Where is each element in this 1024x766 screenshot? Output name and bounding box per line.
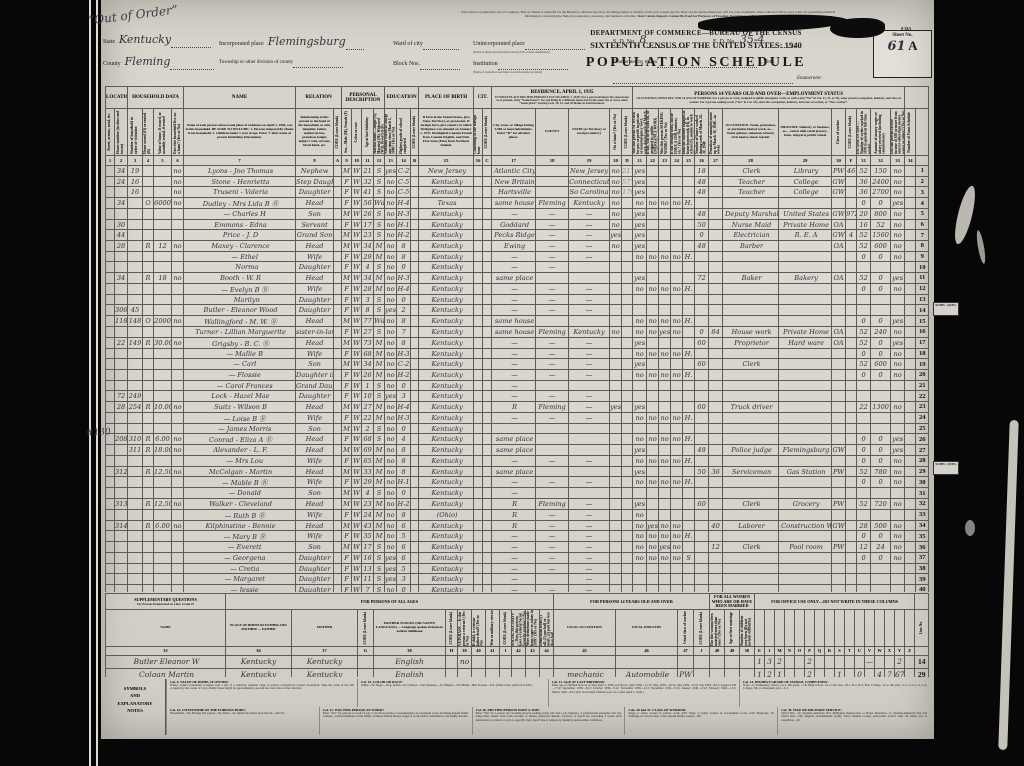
- cell-cb: [411, 348, 419, 359]
- cell-a: [115, 509, 128, 520]
- cell-q22: no: [647, 434, 659, 445]
- column-label-mother: MOTHER: [292, 609, 358, 646]
- cell-cf: [846, 327, 857, 338]
- cell-rcity: —: [492, 488, 536, 499]
- cell-mar: S: [374, 542, 385, 553]
- cell-age: 68: [362, 434, 374, 445]
- group-header: HOUSEHOLD DATA: [128, 87, 184, 109]
- cell-cit: [474, 219, 483, 230]
- cell-cb: [411, 531, 419, 542]
- cell-v41: [486, 655, 500, 668]
- cell-sch: yes: [385, 305, 397, 316]
- cell-rfarm: no: [610, 176, 622, 187]
- column-label-o12: [865, 609, 875, 646]
- cell-q23: [659, 273, 671, 284]
- cell-rstate: —: [569, 509, 610, 520]
- cell-cf: [846, 316, 857, 327]
- cell-q23: [659, 466, 671, 477]
- cell-q23: no: [659, 553, 671, 564]
- cell-cit: [474, 327, 483, 338]
- cell-st: [106, 466, 115, 477]
- cell-mar: M: [374, 456, 385, 467]
- column-label-sline: Line No.: [915, 609, 929, 646]
- column-label-o9: [835, 609, 845, 646]
- cell-line: 37: [916, 553, 929, 564]
- cell-ind: [779, 585, 832, 592]
- cell-farm: [172, 574, 184, 585]
- cell-o13: [875, 655, 885, 668]
- cell-birth: Kentucky: [419, 316, 474, 327]
- cell-q21: no: [633, 542, 647, 553]
- cell-cc: [483, 434, 492, 445]
- cell-sline: 29: [915, 668, 929, 677]
- block-label: Block Nos.: [393, 61, 420, 67]
- cell-wks: [857, 574, 871, 585]
- cell-farm: no: [172, 241, 184, 252]
- ed-value: 35-4: [740, 33, 765, 46]
- cell-oth: yes: [891, 273, 905, 284]
- cell-cc: [483, 327, 492, 338]
- column-number-o15: Y: [895, 646, 905, 655]
- cell-rcounty: —: [536, 305, 569, 316]
- cell-q24: [671, 209, 683, 220]
- cell-st: [106, 499, 115, 510]
- cell-mar: M: [374, 283, 385, 294]
- cell-ten: R: [143, 466, 154, 477]
- cell-q25: [683, 166, 695, 177]
- cell-ca: [334, 176, 342, 187]
- column-label-q23: Was this person SEEKING WORK? (Yes or No…: [659, 109, 671, 156]
- cell-q22: [647, 402, 659, 413]
- cell-rcounty: —: [536, 219, 569, 230]
- cell-cls: OA: [832, 273, 846, 284]
- cell-q26: 18: [695, 166, 709, 177]
- cell-st: [106, 380, 115, 391]
- cell-sch: no: [385, 283, 397, 294]
- column-label-q25: Indicate whether engaged in home housewo…: [683, 109, 695, 156]
- cell-cb: [411, 574, 419, 585]
- cell-name: — Mable B Ⓡ: [184, 477, 296, 488]
- cell-fs: [905, 166, 916, 177]
- cell-ind: United States: [779, 209, 832, 220]
- cell-mar: S: [374, 553, 385, 564]
- table-row: 312R12.50noMcColgan - MartinHeadMW33Mno8…: [106, 466, 929, 477]
- cell-birth: Kentucky: [419, 520, 474, 531]
- cell-w48: [710, 668, 725, 677]
- cell-rcounty: —: [536, 283, 569, 294]
- cell-name: — Charles H: [184, 209, 296, 220]
- column-number-farm: 6: [172, 156, 184, 166]
- cell-v39: no: [458, 655, 472, 668]
- cell-q21: [633, 391, 647, 402]
- cell-rel: Wife: [296, 477, 334, 488]
- cell-o14: [885, 655, 895, 668]
- cell-v40: [472, 655, 486, 668]
- cell-q22: [647, 294, 659, 305]
- cell-occ: [723, 198, 779, 209]
- cell-name: Grigsby - B. C. Ⓡ: [184, 337, 296, 348]
- column-number-o4: N: [785, 646, 795, 655]
- cell-a: 30: [115, 219, 128, 230]
- cell-farm: [172, 542, 184, 553]
- cell-ind: [779, 391, 832, 402]
- cell-line: 30: [916, 477, 929, 488]
- cell-rstate: —: [569, 563, 610, 574]
- cell-birth: Kentucky: [419, 176, 474, 187]
- cell-farm: [172, 477, 184, 488]
- cell-sex: F: [342, 380, 352, 391]
- cell-cls: GW: [832, 209, 846, 220]
- cell-st: [106, 477, 115, 488]
- cell-rel: Daughter: [296, 391, 334, 402]
- cell-fs: [905, 434, 916, 445]
- cell-o1: 1: [755, 655, 765, 668]
- cell-q26: [695, 542, 709, 553]
- cell-q27: 40: [709, 520, 723, 531]
- cell-ca: [334, 251, 342, 262]
- cell-val: 18.00: [154, 445, 172, 456]
- cell-rcity: —: [492, 542, 536, 553]
- cell-inc: [871, 412, 891, 423]
- cell-q26: 50: [695, 219, 709, 230]
- cell-cit: [474, 370, 483, 381]
- cell-rcounty: [536, 445, 569, 456]
- cell-rcity: R: [492, 520, 536, 531]
- cell-rfarm: yes: [610, 230, 622, 241]
- cell-name: Conrad - Eliza A Ⓡ: [184, 434, 296, 445]
- cell-cd: [622, 241, 633, 252]
- cell-q27: [709, 219, 723, 230]
- county-label: County: [103, 61, 121, 67]
- table-row: 22149R30.00noGrigsby - B. C. ⓇHeadMW73Mn…: [106, 337, 929, 348]
- cell-q26: [695, 198, 709, 209]
- cell-oth: no: [891, 499, 905, 510]
- cell-sch: no: [385, 327, 397, 338]
- cell-q26: [695, 456, 709, 467]
- notes-sidebar-word: AND: [105, 692, 165, 699]
- cell-q24: [671, 273, 683, 284]
- cell-cc: [483, 370, 492, 381]
- table-row: — Loise B ⓇWifeFW22MnoH-3Kentucky———nono…: [106, 412, 929, 423]
- cell-b: [128, 412, 143, 423]
- column-number-cg: G: [358, 646, 374, 655]
- cell-race: W: [352, 316, 362, 327]
- cell-tongue: English: [374, 655, 446, 668]
- cell-cd: [622, 273, 633, 284]
- cell-occ: [723, 412, 779, 423]
- cell-q25: [683, 423, 695, 434]
- cell-b: [128, 423, 143, 434]
- cell-q24: [671, 380, 683, 391]
- state-field: State Kentucky: [103, 30, 211, 48]
- cell-b: [128, 283, 143, 294]
- cell-sch: no: [385, 434, 397, 445]
- cell-cc: [483, 337, 492, 348]
- cell-wks: 22: [857, 402, 871, 413]
- cell-ucls: [678, 655, 694, 668]
- cell-wks: 0: [857, 198, 871, 209]
- column-label-o16: [905, 609, 915, 646]
- cell-cc: [483, 391, 492, 402]
- cell-b: [128, 542, 143, 553]
- cell-rcounty: —: [536, 391, 569, 402]
- cell-ca: [334, 198, 342, 209]
- cell-age: 22: [362, 412, 374, 423]
- cell-mar: M: [374, 273, 385, 284]
- cell-race: W: [352, 359, 362, 370]
- cell-ca: [334, 209, 342, 220]
- cell-cit: [474, 531, 483, 542]
- cell-farm: [172, 219, 184, 230]
- cell-race: W: [352, 574, 362, 585]
- cell-ca: [334, 283, 342, 294]
- cell-occ: [723, 391, 779, 402]
- cell-s44: [540, 655, 554, 668]
- cell-inc: 800: [871, 209, 891, 220]
- cell-q23: [659, 176, 671, 187]
- cell-mar: M: [374, 412, 385, 423]
- column-number-st: 1: [106, 156, 115, 166]
- cell-race: W: [352, 412, 362, 423]
- cell-farm: [172, 294, 184, 305]
- column-number-ucls: 47: [678, 646, 694, 655]
- cell-a: [115, 187, 128, 198]
- cell-q22: [647, 445, 659, 456]
- cell-ten: [143, 456, 154, 467]
- cell-oth: no: [891, 477, 905, 488]
- cell-oth: [891, 391, 905, 402]
- cell-o11: 0: [855, 668, 865, 677]
- cell-wks: 0: [857, 283, 871, 294]
- cell-gr: 6: [397, 553, 411, 564]
- cell-a: [115, 209, 128, 220]
- cell-cit: [474, 262, 483, 273]
- cell-cd: [622, 585, 633, 592]
- cell-oth: no: [891, 359, 905, 370]
- cell-race: W: [352, 176, 362, 187]
- cell-rel: Head: [296, 520, 334, 531]
- cell-a: [115, 359, 128, 370]
- cell-cb: [411, 230, 419, 241]
- cell-wks: 0: [857, 316, 871, 327]
- cell-st: [106, 456, 115, 467]
- cell-race: W: [352, 273, 362, 284]
- cell-race: W: [352, 488, 362, 499]
- cell-inc: 0: [871, 445, 891, 456]
- ward-label: Ward of city: [393, 41, 423, 47]
- cell-occ: [723, 563, 779, 574]
- cell-race: W: [352, 230, 362, 241]
- cell-line: 25: [916, 423, 929, 434]
- cell-farm: no: [172, 337, 184, 348]
- cell-birth: Kentucky: [419, 563, 474, 574]
- cell-o8: [825, 668, 835, 677]
- ward-field: Ward of city: [393, 32, 459, 50]
- cell-q25: [683, 327, 695, 338]
- cell-vi: [500, 655, 512, 668]
- cell-q23: [659, 359, 671, 370]
- cell-rcity: same house: [492, 198, 536, 209]
- cell-wks: [857, 391, 871, 402]
- cell-oth: no: [891, 466, 905, 477]
- cell-sex: M: [342, 209, 352, 220]
- cell-inc: [871, 563, 891, 574]
- cell-q22: [647, 209, 659, 220]
- cell-oth: no: [891, 230, 905, 241]
- cell-oth: no: [891, 402, 905, 413]
- cell-cls: GW: [832, 445, 846, 456]
- cell-fs: [905, 241, 916, 252]
- cell-fs: [905, 531, 916, 542]
- cell-q25: H.: [683, 434, 695, 445]
- cell-rcounty: [536, 316, 569, 327]
- cell-o16: [905, 668, 915, 677]
- cell-rstate: [569, 434, 610, 445]
- cell-cls: [832, 563, 846, 574]
- cell-age: 34: [362, 273, 374, 284]
- cell-rstate: —: [569, 370, 610, 381]
- cell-q22: [647, 466, 659, 477]
- cell-q26: [695, 531, 709, 542]
- cell-ind: [779, 370, 832, 381]
- cell-occ: Baker: [723, 273, 779, 284]
- cell-q26: [695, 380, 709, 391]
- cell-cc: [483, 359, 492, 370]
- cell-q26: [695, 520, 709, 531]
- cell-q23: [659, 262, 671, 273]
- column-number-oth: 33: [891, 156, 905, 166]
- cell-q24: [671, 585, 683, 592]
- cell-oth: yes: [891, 198, 905, 209]
- cell-q21: no: [633, 553, 647, 564]
- county-value: Fleming: [125, 55, 171, 68]
- cell-farm: [172, 283, 184, 294]
- cell-rcity: R: [492, 499, 536, 510]
- cell-q25: H.: [683, 251, 695, 262]
- cell-farm: [172, 553, 184, 564]
- cell-occ: [723, 294, 779, 305]
- cell-rfarm: [610, 531, 622, 542]
- cell-rstate: —: [569, 305, 610, 316]
- cell-farm: [172, 423, 184, 434]
- cell-cd: [622, 531, 633, 542]
- cell-sline: 14: [915, 655, 929, 668]
- cell-fs: [905, 477, 916, 488]
- cell-cd: [622, 456, 633, 467]
- column-number-o13: W: [875, 646, 885, 655]
- cell-ind: Pool room: [779, 542, 832, 553]
- cell-race: W: [352, 477, 362, 488]
- cell-cit: [474, 445, 483, 456]
- cell-q23: [659, 499, 671, 510]
- column-label-val: Value of home, if owned, or monthly rent…: [154, 109, 172, 156]
- cell-ten: [143, 412, 154, 423]
- cell-sex: F: [342, 563, 352, 574]
- cell-a: [115, 574, 128, 585]
- cell-name: Kilphinstine - Bennie: [184, 520, 296, 531]
- cell-rcounty: [536, 380, 569, 391]
- cell-mar: S: [374, 434, 385, 445]
- cell-oth: [891, 585, 905, 592]
- cell-cls: [832, 402, 846, 413]
- column-number-o3: M: [775, 646, 785, 655]
- cell-q24: [671, 305, 683, 316]
- cell-st: [106, 391, 115, 402]
- cell-gr: 6: [397, 520, 411, 531]
- cell-rfarm: [610, 423, 622, 434]
- cell-race: W: [352, 466, 362, 477]
- cell-rel: Son: [296, 209, 334, 220]
- cell-o1: 1: [755, 668, 765, 677]
- cell-gr: H-3: [397, 209, 411, 220]
- cell-cd: 1701: [622, 187, 633, 198]
- cell-rel: Wife: [296, 509, 334, 520]
- column-number-v40: 40: [472, 646, 486, 655]
- cell-q21: no: [633, 456, 647, 467]
- suppl-ques-tag-line29: SUPPL. QUES.: [933, 461, 959, 475]
- cell-q27: [709, 499, 723, 510]
- cell-q25: H.: [683, 456, 695, 467]
- cell-q24: no: [671, 348, 683, 359]
- cell-cc: [483, 488, 492, 499]
- cell-val: [154, 283, 172, 294]
- cell-sex: M: [342, 230, 352, 241]
- cell-cb: [411, 251, 419, 262]
- column-label-birth: If born in the United States, give State…: [419, 109, 474, 156]
- cell-occ: Deputy Marshal: [723, 209, 779, 220]
- cell-q27: [709, 166, 723, 177]
- cell-q27: [709, 509, 723, 520]
- cell-cc: [483, 176, 492, 187]
- cell-val: [154, 531, 172, 542]
- cell-rcounty: —: [536, 553, 569, 564]
- cell-a: [115, 553, 128, 564]
- cell-cls: [832, 488, 846, 499]
- cell-cd: 2176: [622, 166, 633, 177]
- cell-rfarm: [610, 391, 622, 402]
- cell-rcounty: —: [536, 209, 569, 220]
- cell-cc: [483, 499, 492, 510]
- cell-occ: [723, 509, 779, 520]
- cell-rcounty: Fleming: [536, 327, 569, 338]
- column-number-cd: D: [622, 156, 633, 166]
- cell-oth: [891, 380, 905, 391]
- cell-ca: [334, 359, 342, 370]
- cell-ind: Bakery: [779, 273, 832, 284]
- cell-val: [154, 509, 172, 520]
- cell-q27: [709, 563, 723, 574]
- cell-ten: [143, 327, 154, 338]
- cell-rfarm: no: [610, 198, 622, 209]
- column-label-q27: Duration of unemployment up to March 30,…: [709, 109, 723, 156]
- cell-cls: GW: [832, 187, 846, 198]
- cell-age: 28: [362, 283, 374, 294]
- cell-sch: no: [385, 380, 397, 391]
- cell-q24: no: [671, 553, 683, 564]
- cell-q26: 48: [695, 209, 709, 220]
- cell-oth: no: [891, 241, 905, 252]
- cell-rcounty: —: [536, 230, 569, 241]
- cell-q25: [683, 187, 695, 198]
- table-row: — FlossieDaughter in lawFW26MnoH-2Kentuc…: [106, 370, 929, 381]
- cell-sch: no: [385, 370, 397, 381]
- cell-val: 6.00: [154, 434, 172, 445]
- cell-age: 24: [362, 509, 374, 520]
- cell-q21: [633, 488, 647, 499]
- cell-rel: Daughter: [296, 574, 334, 585]
- cell-cd: [622, 327, 633, 338]
- cell-age: 73: [362, 337, 374, 348]
